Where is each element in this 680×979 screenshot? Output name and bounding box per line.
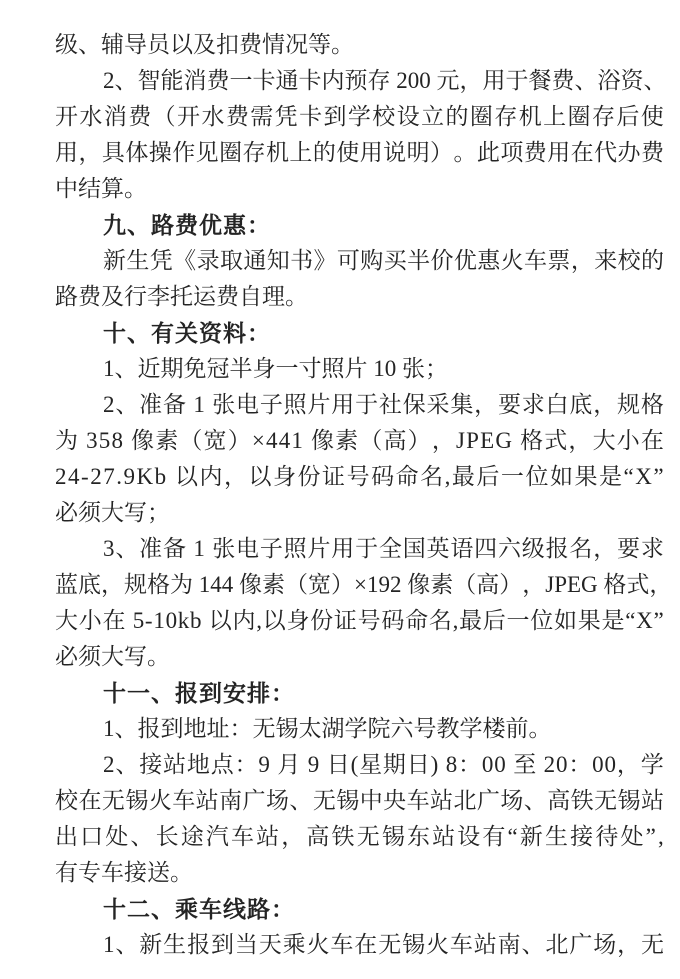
document-line: 为 358 像素（宽）×441 像素（高），JPEG 格式，大小在 (55, 423, 664, 459)
section-heading: 九、路费优惠： (55, 207, 664, 243)
document-line: 大小在 5-10kb 以内,以身份证号码命名,最后一位如果是“X” (55, 603, 664, 639)
document-line: 必须大写。 (55, 639, 664, 675)
section-heading: 十二、乘车线路： (55, 891, 664, 927)
document-line: 新生凭《录取通知书》可购买半价优惠火车票，来校的 (55, 243, 664, 279)
document-line: 1、报到地址：无锡太湖学院六号教学楼前。 (55, 711, 664, 747)
section-heading: 十、有关资料： (55, 315, 664, 351)
document-line: 用，具体操作见圈存机上的使用说明）。此项费用在代办费 (55, 135, 664, 171)
document-line: 必须大写； (55, 495, 664, 531)
document-line: 2、接站地点：9 月 9 日(星期日) 8：00 至 20：00，学 (55, 747, 664, 783)
document-line: 2、智能消费一卡通卡内预存 200 元，用于餐费、浴资、 (55, 63, 664, 99)
document-page: 级、辅导员以及扣费情况等。 2、智能消费一卡通卡内预存 200 元，用于餐费、浴… (0, 0, 680, 979)
document-line: 级、辅导员以及扣费情况等。 (55, 27, 664, 63)
document-line: 开水消费（开水费需凭卡到学校设立的圈存机上圈存后使 (55, 99, 664, 135)
document-line: 中结算。 (55, 171, 664, 207)
document-line: 出口处、长途汽车站，高铁无锡东站设有“新生接待处”, (55, 819, 664, 855)
document-line: 24-27.9Kb 以内，以身份证号码命名,最后一位如果是“X” (55, 459, 664, 495)
document-line: 路费及行李托运费自理。 (55, 279, 664, 315)
section-heading: 十一、报到安排： (55, 675, 664, 711)
document-line: 1、近期免冠半身一寸照片 10 张； (55, 351, 664, 387)
document-line: 蓝底，规格为 144 像素（宽）×192 像素（高），JPEG 格式， (55, 567, 664, 603)
document-line: 有专车接送。 (55, 855, 664, 891)
document-line: 1、新生报到当天乘火车在无锡火车站南、北广场，无 (55, 927, 664, 963)
document-line: 校在无锡火车站南广场、无锡中央车站北广场、高铁无锡站 (55, 783, 664, 819)
document-line: 3、准备 1 张电子照片用于全国英语四六级报名，要求 (55, 531, 664, 567)
document-line: 2、准备 1 张电子照片用于社保采集，要求白底，规格 (55, 387, 664, 423)
